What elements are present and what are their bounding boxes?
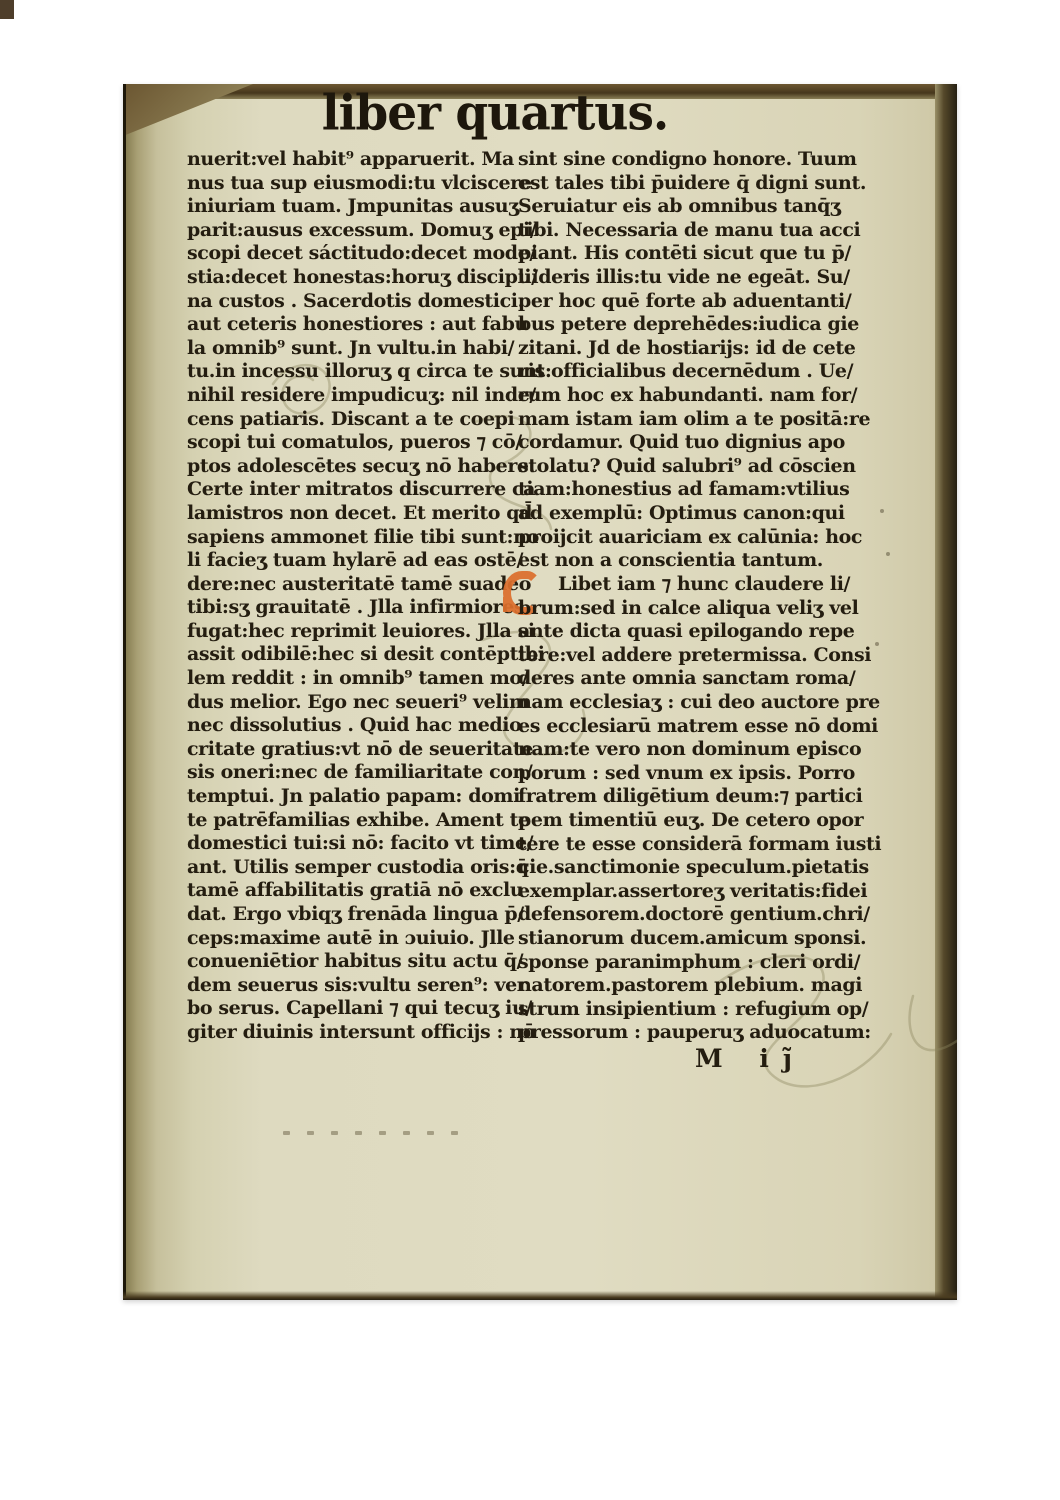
page-edge-right (935, 84, 957, 1300)
text-line: ad exemplū: Optimus canon:qui (518, 502, 886, 526)
text-line: tamē affabilitatis gratiā nō exclu (187, 879, 539, 903)
text-line: tibi:sʒ grauitatē . Jlla infirmiores (187, 596, 539, 620)
paper-speck (886, 552, 890, 556)
text-line: mam istam iam olim a te positā:re (518, 408, 886, 432)
text-line: fratrem diligētium deum:⁊ partici (518, 785, 886, 809)
text-line: cie.sanctimonie speculum.pietatis (518, 856, 886, 880)
gutter-shadow (123, 84, 126, 1300)
ink-offset-marks (283, 1120, 603, 1128)
text-line: uideris illis:tu vide ne egeāt. Su/ (518, 266, 886, 290)
text-line: per hoc quē forte ab aduentanti/ (518, 290, 886, 314)
text-line: est non a conscientia tantum. (518, 549, 886, 573)
text-line: tere:vel addere pretermissa. Consi (518, 644, 886, 668)
page-edge-bottom (123, 1291, 957, 1300)
text-line: sint sine condigno honore. Tuum (518, 148, 886, 172)
signature-mark: M ij̃ (695, 1044, 855, 1073)
text-line: es ecclesiarū matrem esse nō domi (518, 715, 886, 739)
text-line: ceps:maxime autē in ɔuiuio. Jlle (187, 927, 539, 951)
text-line: Libet iam ⁊ hunc claudere li/ (518, 573, 886, 597)
text-line: stianorum ducem.amicum sponsi. (518, 927, 886, 951)
text-line: exemplar.assertoreʒ veritatis:fidei (518, 880, 886, 904)
text-line: ptos adolescētes secuʒ nō habere. (187, 455, 539, 479)
text-line: la omnib⁹ sunt. Jn vultu.in habi/ (187, 337, 539, 361)
text-line: pem timentiū euʒ. De cetero opor (518, 809, 886, 833)
text-line: bo serus. Capellani ⁊ qui tecuʒ iu/ (187, 997, 539, 1021)
text-line: tu.in incessu illoruʒ q circa te sunt: (187, 360, 539, 384)
text-line: deres ante omnia sanctam roma/ (518, 667, 886, 691)
text-line: zitani. Jd de hostiarijs: id de cete (518, 337, 886, 361)
text-line: porum : sed vnum ex ipsis. Porro (518, 762, 886, 786)
text-line: aut ceteris honestiores : aut fabu (187, 313, 539, 337)
text-line: dem seuerus sis:vultu seren⁹: ver (187, 974, 539, 998)
text-line: proijcit auariciam ex calūnia: hoc (518, 526, 886, 550)
text-column-right-lower: Libet iam ⁊ hunc claudere li/brum:sed in… (518, 573, 886, 1045)
text-column-left: nuerit:vel habit⁹ apparuerit. Manus tua … (187, 148, 539, 1045)
text-line: defensorem.doctorē gentium.chri/ (518, 903, 886, 927)
text-line: natorem.pastorem plebium. magi (518, 974, 886, 998)
text-line: nec dissolutius . Quid hac medio (187, 714, 539, 738)
text-line: nam ecclesiaʒ : cui deo auctore pre (518, 691, 886, 715)
text-line: assit odibilē:hec si desit contēptibi (187, 643, 539, 667)
text-line: strum insipientium : refugium op/ (518, 998, 886, 1022)
text-line: tibi. Necessaria de manu tua acci (518, 219, 886, 243)
text-line: li facieʒ tuam hylarē ad eas ostē/ (187, 549, 539, 573)
text-line: Seruiatur eis ab omnibus tanq̄ʒ (518, 195, 886, 219)
text-line: nus tua sup eiusmodi:tu vlciscere (187, 172, 539, 196)
text-line: na custos . Sacerdotis domestici. (187, 290, 539, 314)
text-line: domestici tui:si nō: facito vt time/ (187, 832, 539, 856)
text-line: pressorum : pauperuʒ aduocatum: (518, 1021, 886, 1045)
text-line: sapiens ammonet filie tibi sunt:no (187, 526, 539, 550)
book-page-photo: liber quartus. nuerit:vel habit⁹ apparue… (123, 84, 957, 1300)
corner-artifact (0, 0, 14, 19)
text-line: giter diuinis intersunt officijs : nō (187, 1021, 539, 1045)
text-line: conueniētior habitus situ actu q̄/ (187, 950, 539, 974)
text-line: est tales tibi p̄uidere q̄ digni sunt. (518, 172, 886, 196)
text-line: temptui. Jn palatio papam: domi (187, 785, 539, 809)
text-line: stolatu? Quid salubri⁹ ad cōscien (518, 455, 886, 479)
text-line: cordamur. Quid tuo dignius apo (518, 431, 886, 455)
text-line: dat. Ergo vbiqʒ frenāda lingua p̄/ (187, 903, 539, 927)
text-column-right-upper: sint sine condigno honore. Tuumest tales… (518, 148, 886, 573)
text-line: sponse paranimphum : cleri ordi/ (518, 951, 886, 975)
paper-speck (875, 642, 879, 646)
text-line: scopi tui comatulos, pueros ⁊ cō/ (187, 431, 539, 455)
text-line: stia:decet honestas:horuʒ discipli/ (187, 266, 539, 290)
text-line: rum hoc ex habundanti. nam for/ (518, 384, 886, 408)
text-line: te patrēfamilias exhibe. Ament te (187, 809, 539, 833)
paper-speck (880, 509, 884, 513)
text-line: brum:sed in calce aliqua veliʒ vel (518, 597, 886, 621)
text-line: parit:ausus excessum. Domuʒ epi/ (187, 219, 539, 243)
text-line: tere te esse considerā formam iusti (518, 833, 886, 857)
text-line: bus petere deprehēdes:iudica gie (518, 313, 886, 337)
text-line: ris officialibus decernēdum . Ue/ (518, 360, 886, 384)
text-line: ant. Utilis semper custodia oris:q̄ (187, 856, 539, 880)
text-line: dus melior. Ego nec seueri⁹ velim (187, 691, 539, 715)
text-line: tiam:honestius ad famam:vtilius (518, 478, 886, 502)
text-line: ante dicta quasi epilogando repe (518, 620, 886, 644)
text-line: fugat:hec reprimit leuiores. Jlla si (187, 620, 539, 644)
text-line: piant. His contēti sicut que tu p̄/ (518, 242, 886, 266)
text-line: scopi decet sáctitudo:decet mode/ (187, 242, 539, 266)
text-line: Certe inter mitratos discurrere ca (187, 478, 539, 502)
text-line: nuerit:vel habit⁹ apparuerit. Ma (187, 148, 539, 172)
page-title: liber quartus. (280, 85, 710, 142)
text-line: dere:nec austeritatē tamē suadeo (187, 573, 539, 597)
text-line: lamistros non decet. Et merito qd̄ (187, 502, 539, 526)
text-line: cens patiaris. Discant a te coepi (187, 408, 539, 432)
text-line: nihil residere impudicuʒ: nil inde/ (187, 384, 539, 408)
text-line: iniuriam tuam. Jmpunitas ausuʒ (187, 195, 539, 219)
text-line: nam:te vero non dominum episco (518, 738, 886, 762)
text-line: lem reddit : in omnib⁹ tamen mo/ (187, 667, 539, 691)
text-line: critate gratius:vt nō de seueritate (187, 738, 539, 762)
text-line: sis oneri:nec de familiaritate con/ (187, 761, 539, 785)
